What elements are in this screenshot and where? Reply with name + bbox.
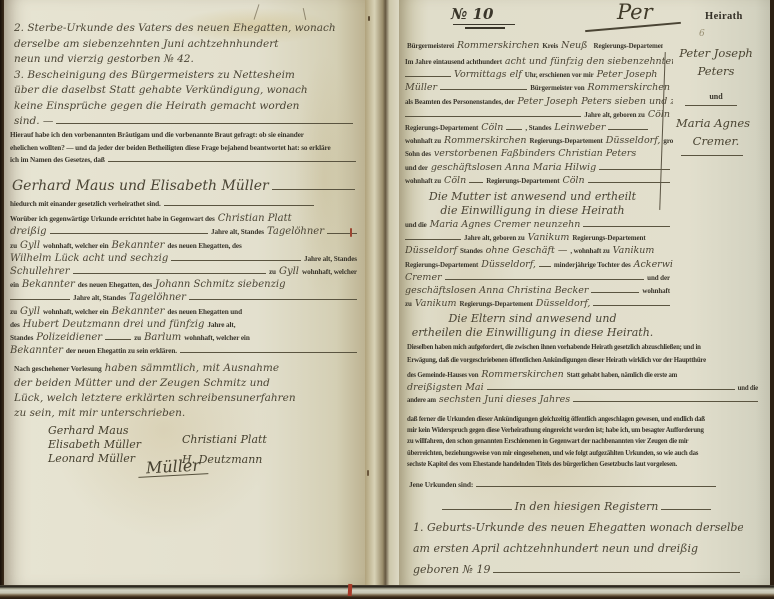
rule-line <box>573 400 758 402</box>
witnesses-section: hiedurch mit einander gesetzlich verheir… <box>10 200 360 358</box>
handwritten-text: Rommerskirchen <box>444 135 526 146</box>
text-line: am ersten April achtzehnhundert neun und… <box>413 542 743 563</box>
margin-bride-name: Cremer. <box>665 134 767 148</box>
handwritten-text: Gerhard Maus und Elisabeth Müller <box>12 178 269 194</box>
text-line: dreißigJahre alt, StandesTagelöhner <box>10 226 360 239</box>
announcement-paragraph: Dieselben haben mich aufgefordert, die z… <box>407 344 761 407</box>
binding-stitch <box>368 16 370 21</box>
text-line: Bekannterder neuen Ehegattin zu sein erk… <box>10 345 360 358</box>
printed-text: Uhr, erschienen vor mir <box>525 71 594 79</box>
printed-text: Regierungs-Departement <box>405 124 478 132</box>
handwritten-text: geschäftslosen Anna Christina Becker <box>405 285 588 296</box>
signature: Elisabeth Müller <box>48 438 141 452</box>
rule-line <box>105 338 131 340</box>
margin-rule <box>681 154 743 156</box>
printed-text: des neuen Ehegatten, des <box>78 281 152 289</box>
handwritten-text: Tagelöhner <box>267 226 324 237</box>
rule-line <box>445 278 645 280</box>
closing-formula: Nach geschehener Vorlesunghaben sämmtlic… <box>14 362 354 422</box>
page-bottom-edges <box>0 585 774 599</box>
handwritten-text: Neuß <box>561 40 587 51</box>
handwritten-text: Gyll <box>279 266 299 277</box>
text-line: daß ferner die Urkunden dieser Ankündigu… <box>407 416 761 427</box>
handwritten-text: verstorbenen Faßbinders Christian Peters <box>434 148 636 159</box>
text-line: andere amsechsten Juni dieses Jahres <box>407 394 761 407</box>
text-line: geboren № 19 <box>413 563 743 584</box>
printed-text: wohnhaft, welcher ein <box>184 334 249 342</box>
handwritten-text: Gyll <box>20 240 40 251</box>
margin-conjunction: und <box>665 92 767 101</box>
handwritten-text: dreißigsten Mai <box>407 382 484 393</box>
text-line: Dieselben haben mich aufgefordert, die z… <box>407 344 761 357</box>
printed-text: wohnhaft, welcher ein <box>43 308 108 316</box>
handwritten-text: Bekannter <box>22 279 75 290</box>
rule-line <box>73 272 266 274</box>
signature: Leonard Müller <box>48 452 141 466</box>
handwritten-text: Vanikum <box>528 232 570 243</box>
printed-text: sechste Kapitel des vom Ehestande handel… <box>407 461 677 468</box>
handwritten-text: Tagelöhner <box>129 292 186 303</box>
parents-consent-note: Die Eltern sind anwesend undertheilen di… <box>409 312 659 340</box>
handwritten-text: neun und vierzig gestorben № 42. <box>14 53 194 65</box>
binding-stitch <box>350 228 352 237</box>
printed-text: als Beamten des Personenstandes, der <box>405 98 514 106</box>
margin-groom-name: Peter Joseph <box>665 46 767 60</box>
margin-groom-name: Peters <box>665 64 767 78</box>
rule-line <box>493 571 740 573</box>
text-line: mir kein Widerspruch gegen diese Verheir… <box>407 427 761 438</box>
rule-line <box>180 351 357 353</box>
bride-section: und dieMaria Agnes Cremer neunzehnJahre … <box>405 219 673 311</box>
printed-text: minderjährige Tochter des <box>554 261 631 269</box>
handwritten-text: Maria Agnes Cremer neunzehn <box>430 219 581 230</box>
handwritten-text: geboren № 19 <box>413 563 490 576</box>
printed-text: Jahre alt, geboren zu <box>464 234 525 242</box>
text-line: der beiden Mütter und der Zeugen Schmitz… <box>14 377 354 392</box>
documents-label: Jene Urkunden sind: <box>409 480 719 494</box>
text-line: 1. Geburts-Urkunde des neuen Ehegatten w… <box>413 521 743 542</box>
text-line: zu willfahren, den schon genannten Ersch… <box>407 438 761 449</box>
text-line: SchullehrerzuGyllwohnhaft, welcher <box>10 266 360 279</box>
text-line: Worüber ich gegenwärtige Urkunde erricht… <box>10 213 360 226</box>
text-line: Wilhelm Lück acht und sechzigJahre alt, … <box>10 253 360 266</box>
rule-line <box>56 122 353 124</box>
handwritten-text: Rommerskirchen <box>481 369 563 380</box>
printed-text: wohnhaft, welcher <box>302 268 357 276</box>
printed-text: Jahre alt, <box>207 321 235 329</box>
handwritten-text: Barlum <box>144 332 181 343</box>
printed-text: , Standes <box>525 124 551 132</box>
text-line: einBekannterdes neuen Ehegatten, desJoha… <box>10 279 360 292</box>
register-book-spread: 2. Sterbe-Urkunde des Vaters des neuen E… <box>0 0 774 599</box>
rule-line <box>591 291 639 293</box>
text-line: ertheilen die Einwilligung in diese Heir… <box>409 326 659 340</box>
handwritten-text: sechsten Juni dieses Jahres <box>439 394 570 405</box>
printed-text: zu <box>134 334 141 342</box>
handwritten-text: 3. Bescheinigung des Bürgermeisters zu N… <box>14 69 295 81</box>
handwritten-text: 2. Sterbe-Urkunde des Vaters des neuen E… <box>14 22 336 34</box>
handwritten-text: Bekannter <box>112 306 165 317</box>
printed-text: zu <box>10 308 17 316</box>
printed-text: des neuen Ehegatten und <box>167 308 242 316</box>
printed-text: und die <box>738 385 758 392</box>
text-line: wohnhaft zuCölnRegierungs-DepartementCöl… <box>405 175 673 188</box>
handwritten-text: Bekannter <box>112 240 165 251</box>
mother-consent-note: Die Mutter ist anwesend und ertheiltdie … <box>409 190 659 218</box>
printed-text: mir kein Widerspruch gegen diese Verheir… <box>407 427 704 434</box>
handwritten-text: derselbe am siebenzehnten Juni achtzehnh… <box>14 38 279 50</box>
left-page: 2. Sterbe-Urkunde des Vaters des neuen E… <box>4 0 365 585</box>
ink-scratch <box>303 8 306 20</box>
handwritten-text: Düsseldorf, <box>536 298 591 309</box>
text-line: die Einwilligung in diese Heirath <box>409 204 659 218</box>
handwritten-text: Peter Joseph <box>597 69 658 80</box>
text-line: Jene Urkunden sind: <box>409 480 719 494</box>
book-gutter <box>365 0 399 588</box>
text-line: als Beamten des Personenstandes, derPete… <box>405 96 673 109</box>
text-line: derselbe am siebenzehnten Juni achtzehnh… <box>14 38 356 54</box>
printed-text: Regierungs-Departement Düsseldorf. <box>594 42 663 50</box>
handwritten-text: Cöln <box>481 122 503 133</box>
rule-line <box>583 225 670 227</box>
margin-annotation: Per <box>617 0 653 24</box>
printed-text: ein <box>10 281 19 289</box>
handwritten-text: Düsseldorf <box>405 245 457 256</box>
handwritten-text: dreißig <box>10 226 47 237</box>
rule-line <box>469 181 483 183</box>
text-line: und dergeschäftslosen Anna Maria Hilwig <box>405 162 673 175</box>
handwritten-text: Cöln <box>562 175 584 186</box>
printed-text: wohnhaft zu <box>405 177 441 185</box>
printed-text: Jahre alt, Standes <box>304 255 357 263</box>
handwritten-text: sind. — <box>14 115 53 127</box>
handwritten-text: zu sein, mit mir unterschrieben. <box>14 407 185 419</box>
printed-text: zu <box>10 242 17 250</box>
handwritten-text: Leinweber <box>554 122 605 133</box>
handwritten-text: acht und fünfzig den siebenzehnten Juni <box>505 56 673 67</box>
text-line: keine Einsprüche gegen die Heirath gemac… <box>14 100 356 116</box>
top-annotation-block: Per <box>617 0 653 24</box>
rule-line <box>405 75 451 77</box>
handwritten-text: Cöln <box>444 175 466 186</box>
handwritten-text: ohne Geschäft — <box>486 245 568 256</box>
text-line: 2. Sterbe-Urkunde des Vaters des neuen E… <box>14 22 356 38</box>
margin-mark: 6 <box>699 29 705 39</box>
text-line: geschäftslosen Anna Christina Beckerwohn… <box>405 285 673 298</box>
handwritten-text: Cremer <box>405 272 442 283</box>
printed-text: Regierungs-Departement <box>572 234 645 242</box>
printed-text: Bürgermeisterei <box>407 42 454 50</box>
printed-text: Sohn des <box>405 150 431 158</box>
groom-section: Im Jahre eintausend achthundertacht und … <box>405 56 673 188</box>
record-number-block: № 10 <box>451 5 515 29</box>
handwritten-text: Vormittags elf <box>454 69 522 80</box>
text-line: Jahre alt, StandesTagelöhner <box>10 292 360 305</box>
rule-line <box>189 298 357 300</box>
printed-text: Regierungs-Departement <box>530 137 603 145</box>
handwritten-text: In den hiesigen Registern <box>515 500 659 513</box>
handwritten-text: Rommerskirchen <box>588 82 670 93</box>
rule-line <box>327 232 357 234</box>
text-line: dreißigsten Maiund die <box>407 382 761 395</box>
text-line: ehelichen wollten? — und da jeder der be… <box>10 144 359 157</box>
printed-text: des Gemeinde-Hauses von <box>407 372 478 379</box>
handwritten-text: Ackerwirths Christian <box>634 259 673 270</box>
text-line: wohnhaft zuRommerskirchenRegierungs-Depa… <box>405 135 673 148</box>
text-line: In den hiesigen Registern <box>413 500 743 521</box>
handwritten-text: Vanikum <box>613 245 655 256</box>
text-line: Regierungs-DepartementDüsseldorf,minderj… <box>405 259 673 272</box>
printed-text: Bürgermeister von <box>530 84 584 92</box>
printed-text: zu <box>269 268 276 276</box>
text-line: Die Eltern sind anwesend und <box>409 312 659 326</box>
handwritten-text: Die Eltern sind anwesend und <box>448 312 616 325</box>
text-line: des Gemeinde-Hauses vonRommerskirchenSta… <box>407 369 761 382</box>
handwritten-text: Wilhelm Lück acht und sechzig <box>10 253 168 264</box>
documents-list-continued: 2. Sterbe-Urkunde des Vaters des neuen E… <box>14 22 356 131</box>
printed-text: Regierungs-Departement <box>405 261 478 269</box>
printed-text: Hierauf habe ich den vorbenannten Bräuti… <box>10 131 304 139</box>
printed-text: des neuen Ehegatten, des <box>167 242 241 250</box>
text-line: ich im Namen des Gesetzes, daß <box>10 156 359 169</box>
printed-text: Im Jahre eintausend achthundert <box>405 58 502 66</box>
handwritten-text: Peter Joseph Peters sieben und zwanzig <box>517 96 673 107</box>
record-number-underline <box>453 24 515 25</box>
printed-text: ehelichen wollten? — und da jeder der be… <box>10 144 331 152</box>
text-line: StandesPolizeidienerzuBarlumwohnhaft, we… <box>10 332 360 345</box>
rule-line <box>539 265 551 267</box>
text-line: Lück, welch letztere erklärten schreiben… <box>14 392 354 407</box>
handwritten-text: 1. Geburts-Urkunde des neuen Ehegatten w… <box>413 521 743 534</box>
rule-line <box>661 508 711 510</box>
handwritten-text: Düsseldorf, <box>606 135 661 146</box>
rule-line <box>593 304 670 306</box>
book-right-edge <box>770 0 774 599</box>
ink-scratch <box>254 4 260 20</box>
printed-text: der neuen Ehegattin zu sein erklären. <box>66 347 177 355</box>
printed-text: Standes <box>460 247 483 255</box>
printed-text: zu <box>405 300 412 308</box>
text-line: DüsseldorfStandesohne Geschäft —, wohnha… <box>405 245 673 258</box>
text-line: über die daselbst Statt gehabte Verkündi… <box>14 84 356 100</box>
text-line: zu sein, mit mir unterschrieben. <box>14 407 354 422</box>
text-line: zuVanikumRegierungs-DepartementDüsseldor… <box>405 298 673 311</box>
text-line: und dieMaria Agnes Cremer neunzehn <box>405 219 673 232</box>
handwritten-text: Hubert Deutzmann drei und fünfzig <box>23 319 205 330</box>
text-line: sechste Kapitel des vom Ehestande handel… <box>407 461 761 472</box>
rule-line <box>108 160 356 162</box>
handwritten-text: über die daselbst Statt gehabte Verkündi… <box>14 84 308 96</box>
rule-line <box>608 128 648 130</box>
printed-text: , wohnhaft zu <box>570 247 609 255</box>
margin-rule <box>685 104 737 106</box>
text-line: Cremerund der <box>405 272 673 285</box>
text-line: zuGyllwohnhaft, welcher einBekannterdes … <box>10 240 360 253</box>
couple-names-line: Gerhard Maus und Elisabeth Müller <box>12 178 358 200</box>
printed-text: Erwägung, daß die vorgeschriebenen öffen… <box>407 357 706 364</box>
handwritten-text: Müller <box>405 82 437 93</box>
handwritten-text: Christian Platt <box>218 213 292 224</box>
printed-text: andere am <box>407 397 436 404</box>
right-page: № 10 Per Heirath 6 BürgermeistereiRommer… <box>399 0 770 585</box>
printed-text: Standes <box>10 334 33 342</box>
binding-stitch <box>367 470 369 476</box>
cover-red-notch <box>348 584 353 596</box>
text-line: Vormittags elfUhr, erschienen vor mirPet… <box>405 69 673 82</box>
text-line: Die Mutter ist anwesend und ertheilt <box>409 190 659 204</box>
printed-text: Jahre alt, Standes <box>211 228 264 236</box>
text-line: Jahre alt, geboren zuVanikumRegierungs-D… <box>405 232 673 245</box>
text-line: BürgermeistereiRommerskirchenKreisNeußRe… <box>407 40 663 54</box>
printed-text: Jahre alt, Standes <box>73 294 126 302</box>
rule-line <box>405 115 581 117</box>
rule-line <box>588 181 670 183</box>
marriage-question-paragraph: Hierauf habe ich den vorbenannten Bräuti… <box>10 131 359 169</box>
printed-text: Jahre alt, geboren zu <box>584 111 645 119</box>
rule-line <box>50 232 208 234</box>
rule-line <box>440 88 527 90</box>
printed-text: wohnhaft, welcher ein <box>43 242 108 250</box>
printed-text: Kreis <box>542 42 558 50</box>
handwritten-text: Gyll <box>20 306 40 317</box>
printed-text: ich im Namen des Gesetzes, daß <box>10 156 105 164</box>
rule-line <box>171 259 301 261</box>
text-line: Regierungs-DepartementCöln, StandesLeinw… <box>405 122 673 135</box>
record-type-label: Heirath <box>705 11 743 22</box>
text-line: Gerhard Maus und Elisabeth Müller <box>12 178 358 200</box>
legal-reading-paragraph: daß ferner die Urkunden dieser Ankündigu… <box>407 416 761 472</box>
text-line: hiedurch mit einander gesetzlich verheir… <box>10 200 360 213</box>
printed-text: hiedurch mit einander gesetzlich verheir… <box>10 200 161 208</box>
printed-text: wohnhaft <box>642 287 670 295</box>
handwritten-text: Lück, welch letztere erklärten schreiben… <box>14 392 296 404</box>
printed-text: daß ferner die Urkunden dieser Ankündigu… <box>407 416 705 423</box>
margin-bride-name: Maria Agnes <box>659 116 767 130</box>
handwritten-text: die Einwilligung in diese Heirath <box>440 204 624 217</box>
text-line: überreichten, beziehungsweise von mir ei… <box>407 450 761 461</box>
handwritten-text: Düsseldorf, <box>481 259 536 270</box>
handwritten-text: geschäftslosen Anna Maria Hilwig <box>431 162 596 173</box>
printed-text: des <box>10 321 20 329</box>
signature: Gerhard Maus <box>48 424 141 438</box>
handwritten-text: Polizeidiener <box>36 332 102 343</box>
printed-text: Statt gehabt haben, nämlich die erste am <box>567 372 677 379</box>
handwritten-text: Johann Schmitz siebenzig <box>155 279 285 290</box>
text-line: desHubert Deutzmann drei und fünfzigJahr… <box>10 319 360 332</box>
signatures-couple-column: Gerhard Maus Elisabeth Müller Leonard Mü… <box>48 424 141 466</box>
text-line: sind. — <box>14 115 356 131</box>
signature: Christiani Platt <box>182 430 267 450</box>
handwritten-text: am ersten April achtzehnhundert neun und… <box>413 542 698 555</box>
text-line: MüllerBürgermeister vonRommerskirchen <box>405 82 673 95</box>
printed-text: Dieselben haben mich aufgefordert, die z… <box>407 344 701 351</box>
printed-text: und die <box>405 221 427 229</box>
handwritten-text: Die Mutter ist anwesend und ertheilt <box>429 190 636 203</box>
text-line: Im Jahre eintausend achthundertacht und … <box>405 56 673 69</box>
handwritten-text: Vanikum <box>415 298 457 309</box>
text-line: Erwägung, daß die vorgeschriebenen öffen… <box>407 357 761 370</box>
text-line: 3. Bescheinigung des Bürgermeisters zu N… <box>14 69 356 85</box>
municipality-line: BürgermeistereiRommerskirchenKreisNeußRe… <box>407 40 663 54</box>
text-line: neun und vierzig gestorben № 42. <box>14 53 356 69</box>
record-number-underline <box>465 27 505 28</box>
handwritten-text: keine Einsprüche gegen die Heirath gemac… <box>14 100 299 112</box>
text-line: Hierauf habe ich den vorbenannten Bräuti… <box>10 131 359 144</box>
handwritten-text: haben sämmtlich, mit Ausnahme <box>105 362 279 374</box>
printed-text: zu willfahren, den schon genannten Ersch… <box>407 438 688 445</box>
printed-text: und der <box>647 274 670 282</box>
rule-line <box>476 485 716 487</box>
printed-text: Worüber ich gegenwärtige Urkunde erricht… <box>10 215 215 223</box>
record-number: № 10 <box>451 5 515 23</box>
printed-text: Regierungs-Departement <box>486 177 559 185</box>
rule-line <box>405 238 461 240</box>
printed-text: wohnhaft zu <box>405 137 441 145</box>
printed-text: und der <box>405 164 428 172</box>
handwritten-text: Schullehrer <box>10 266 70 277</box>
rule-line <box>272 188 355 190</box>
printed-text: Jene Urkunden sind: <box>409 480 473 489</box>
text-line: Jahre alt, geboren zuCöln <box>405 109 673 122</box>
register-reference: In den hiesigen Registern1. Geburts-Urku… <box>413 500 743 584</box>
printed-text: Nach geschehener Vorlesung <box>14 364 102 373</box>
handwritten-text: Rommerskirchen <box>457 40 539 51</box>
rule-line <box>599 168 670 170</box>
rule-line <box>442 508 512 510</box>
text-line: Sohn desverstorbenen Faßbinders Christia… <box>405 148 673 161</box>
handwritten-text: der beiden Mütter und der Zeugen Schmitz… <box>14 377 270 389</box>
handwritten-text: ertheilen die Einwilligung in diese Heir… <box>412 326 654 339</box>
printed-text: überreichten, beziehungsweise von mir ei… <box>407 450 698 457</box>
rule-line <box>164 204 314 206</box>
printed-text: Regierungs-Departement <box>460 300 533 308</box>
rule-line <box>487 388 735 390</box>
official-signature: Müller <box>138 458 209 478</box>
text-line: Nach geschehener Vorlesunghaben sämmtlic… <box>14 362 354 377</box>
text-line: zuGyllwohnhaft, welcher einBekannterdes … <box>10 306 360 319</box>
rule-line <box>10 298 70 300</box>
rule-line <box>506 128 522 130</box>
handwritten-text: Bekannter <box>10 345 63 356</box>
